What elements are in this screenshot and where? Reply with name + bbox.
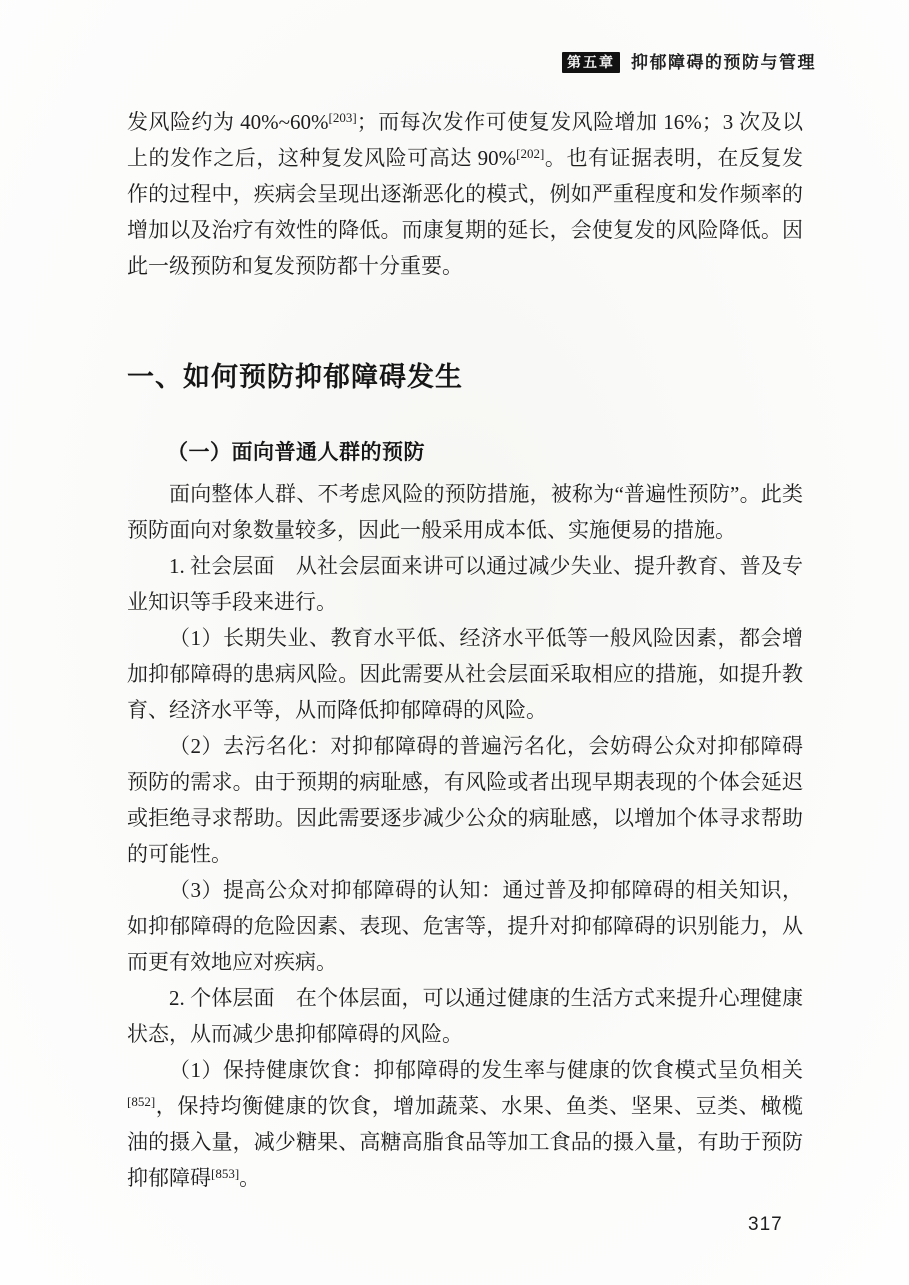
reference-202: [202] bbox=[516, 146, 544, 161]
sub-heading: （一）面向普通人群的预防 bbox=[127, 436, 803, 470]
paragraph-diet: （1）保持健康饮食：抑郁障碍的发生率与健康的饮食模式呈负相关[852]，保持均衡… bbox=[127, 1052, 803, 1196]
chapter-badge: 第五章 bbox=[562, 52, 620, 73]
paragraph-intro-text-1: 发风险约为 40%~60% bbox=[127, 110, 329, 134]
paragraph-social-level: 1. 社会层面 从社会层面来讲可以通过减少失业、提升教育、普及专业知识等手段来进… bbox=[127, 548, 803, 620]
paragraph-social-item-3: （3）提高公众对抑郁障碍的认知：通过普及抑郁障碍的相关知识，如抑郁障碍的危险因素… bbox=[127, 872, 803, 980]
chapter-title: 抑郁障碍的预防与管理 bbox=[631, 54, 816, 71]
paragraph-diet-text-3: 。 bbox=[239, 1166, 260, 1190]
reference-203: [203] bbox=[329, 110, 357, 125]
page-number: 317 bbox=[748, 1214, 783, 1237]
reference-853: [853] bbox=[211, 1166, 239, 1181]
paragraph-social-item-1: （1）长期失业、教育水平低、经济水平低等一般风险因素，都会增加抑郁障碍的患病风险… bbox=[127, 620, 803, 728]
paragraph-universal-prevention: 面向整体人群、不考虑风险的预防措施，被称为“普遍性预防”。此类预防面向对象数量较… bbox=[127, 476, 803, 548]
section-heading: 一、如何预防抑郁障碍发生 bbox=[127, 356, 803, 398]
running-header: 第五章 抑郁障碍的预防与管理 bbox=[562, 52, 816, 73]
page-body: 发风险约为 40%~60%[203]；而每次发作可使复发风险增加 16%；3 次… bbox=[127, 104, 803, 1196]
book-page: 第五章 抑郁障碍的预防与管理 发风险约为 40%~60%[203]；而每次发作可… bbox=[0, 0, 909, 1285]
paragraph-individual-level: 2. 个体层面 在个体层面，可以通过健康的生活方式来提升心理健康状态，从而减少患… bbox=[127, 980, 803, 1052]
paragraph-intro: 发风险约为 40%~60%[203]；而每次发作可使复发风险增加 16%；3 次… bbox=[127, 104, 803, 284]
paragraph-social-item-2: （2）去污名化：对抑郁障碍的普遍污名化，会妨碍公众对抑郁障碍预防的需求。由于预期… bbox=[127, 728, 803, 872]
reference-852: [852] bbox=[127, 1094, 155, 1109]
paragraph-diet-text-1: （1）保持健康饮食：抑郁障碍的发生率与健康的饮食模式呈负相关 bbox=[169, 1058, 803, 1082]
